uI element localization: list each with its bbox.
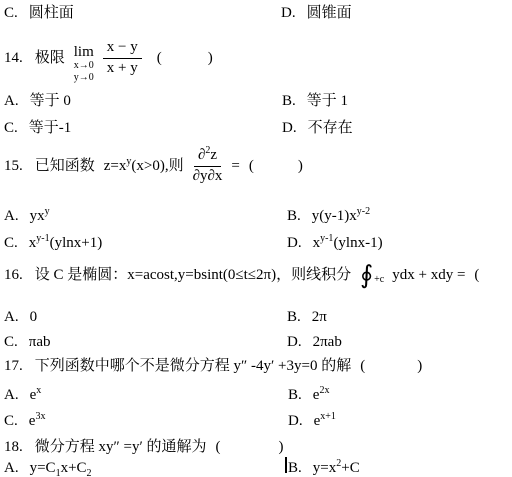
option-14-a: A. 等于 0 <box>4 92 71 110</box>
contour-integral-symbol: ∮ +c <box>360 264 383 285</box>
option-14-d-text: 不存在 <box>308 119 353 137</box>
answer-blank: ( ) <box>216 438 284 456</box>
option-17-c-label: C. <box>4 412 18 430</box>
answer-blank: ( ) <box>157 49 213 67</box>
option-14-a-text: 等于 0 <box>30 92 71 110</box>
option-15-a: A. yxy <box>4 207 50 225</box>
options-row-16-ab: A. 0 B. 2π <box>0 308 512 326</box>
question-17-number: 17. <box>4 357 23 375</box>
options-row-15-ab: A. yxy B. y(y-1)xy-2 <box>0 207 512 225</box>
option-18-a-label: A. <box>4 459 19 477</box>
option-14-c-text: 等于-1 <box>29 119 72 137</box>
option-17-c: C. e3x <box>4 412 45 430</box>
options-row-18-ab: A. y=C1x+C2 B. y=x2+C <box>0 459 512 477</box>
answer-blank: ( ) <box>474 266 512 284</box>
answer-blank: ( ) <box>249 157 303 175</box>
option-13-c-label: C. <box>4 4 18 22</box>
question-15-number: 15. <box>4 157 23 175</box>
question-14-number: 14. <box>4 49 23 67</box>
option-17-c-text: e3x <box>29 412 46 430</box>
option-16-d-text: 2πab <box>313 333 342 351</box>
question-18-lead: 微分方程 xy″ =y′ 的通解为 <box>35 438 207 456</box>
option-14-d-label: D. <box>282 119 297 137</box>
option-17-a-text: ex <box>30 386 42 404</box>
option-17-b-text: e2x <box>313 386 330 404</box>
option-16-c-text: πab <box>29 333 51 351</box>
option-14-b-label: B. <box>282 92 296 110</box>
fraction-numerator: ∂2z <box>194 147 221 166</box>
option-18-b-text: y=x2+C <box>313 459 360 477</box>
option-15-c: C. xy-1(ylnx+1) <box>4 234 102 252</box>
option-15-b: B. y(y-1)xy-2 <box>287 207 370 225</box>
paren-open: ( <box>249 157 254 175</box>
paren-open: ( <box>360 357 365 375</box>
paren-open: ( <box>157 49 162 67</box>
option-17-a-label: A. <box>4 386 19 404</box>
paren-close: ) <box>298 157 303 175</box>
option-16-a-text: 0 <box>30 308 38 326</box>
question-16: 16. 设 C 是椭圆：x=acost,y=bsint(0≤t≤2π)，则线积分… <box>0 259 512 291</box>
option-17-b-label: B. <box>288 386 302 404</box>
question-18: 18. 微分方程 xy″ =y′ 的通解为 ( ) <box>0 437 512 457</box>
exam-document-page[interactable]: C. 圆柱面 D. 圆锥面 14. 极限 lim x→0 y→0 x − y x… <box>0 0 512 477</box>
option-17-d: D. ex+1 <box>288 412 336 430</box>
option-14-b-text: 等于 1 <box>307 92 348 110</box>
question-16-lead: 设 C 是椭圆：x=acost,y=bsint(0≤t≤2π)，则线积分 <box>35 266 351 284</box>
option-14-b: B. 等于 1 <box>282 92 348 110</box>
paren-open: ( <box>216 438 221 456</box>
fraction-x-minus-y-over-x-plus-y: x − y x + y <box>103 39 142 77</box>
fraction-numerator: x − y <box>103 39 142 58</box>
option-13-d-label: D. <box>281 4 296 22</box>
option-15-b-text: y(y-1)xy-2 <box>312 207 370 225</box>
option-16-d: D. 2πab <box>287 333 342 351</box>
option-17-d-text: ex+1 <box>314 412 336 430</box>
option-14-c-label: C. <box>4 119 18 137</box>
paren-close: ) <box>208 49 213 67</box>
fraction-denominator: x + y <box>107 59 138 77</box>
option-13-d: D. 圆锥面 <box>281 4 352 22</box>
option-15-d-text: xy-1(ylnx-1) <box>313 234 383 252</box>
option-14-c: C. 等于-1 <box>4 119 71 137</box>
option-17-b: B. e2x <box>288 386 329 404</box>
option-16-c: C. πab <box>4 333 51 351</box>
options-row-14-ab: A. 等于 0 B. 等于 1 <box>0 92 512 110</box>
paren-close: ) <box>417 357 422 375</box>
options-row-16-cd: C. πab D. 2πab <box>0 333 512 351</box>
answer-blank: ( ) <box>360 357 422 375</box>
options-row-15-cd: C. xy-1(ylnx+1) D. xy-1(ylnx-1) <box>0 234 512 252</box>
option-17-a: A. ex <box>4 386 41 404</box>
question-17-lead: 下列函数中哪个不是微分方程 y″ -4y′ +3y=0 的解 <box>35 357 351 375</box>
option-13-c-text: 圆柱面 <box>29 4 74 22</box>
limit-notation: lim x→0 y→0 <box>74 44 94 85</box>
option-16-a: A. 0 <box>4 308 37 326</box>
option-15-c-label: C. <box>4 234 18 252</box>
fraction-partial-derivative: ∂2z ∂y∂x <box>193 147 223 185</box>
question-15-expression: z=xy(x>0),则 <box>104 157 184 175</box>
question-18-number: 18. <box>4 438 23 456</box>
option-17-d-label: D. <box>288 412 303 430</box>
fraction-denominator: ∂y∂x <box>193 167 223 185</box>
paren-open: ( <box>474 266 479 284</box>
option-16-c-label: C. <box>4 333 18 351</box>
question-16-integrand: ydx + xdy = <box>392 266 465 284</box>
question-15-lead: 已知函数 <box>35 157 95 175</box>
oint-subscript: +c <box>374 271 384 289</box>
option-15-d: D. xy-1(ylnx-1) <box>287 234 383 252</box>
option-15-a-text: yxy <box>30 207 50 225</box>
option-16-b: B. 2π <box>287 308 327 326</box>
option-14-a-label: A. <box>4 92 19 110</box>
options-row-13: C. 圆柱面 D. 圆锥面 <box>0 4 512 22</box>
options-row-17-ab: A. ex B. e2x <box>0 386 512 404</box>
option-13-d-text: 圆锥面 <box>307 4 352 22</box>
option-16-b-label: B. <box>287 308 301 326</box>
lim-sub-y: y→0 <box>74 72 94 84</box>
options-row-14-cd: C. 等于-1 D. 不存在 <box>0 119 512 137</box>
option-15-c-text: xy-1(ylnx+1) <box>29 234 102 252</box>
option-18-b-label: B. <box>288 459 302 477</box>
question-14-lead: 极限 <box>35 49 65 67</box>
option-18-a: A. y=C1x+C2 <box>4 459 92 477</box>
option-16-b-text: 2π <box>312 308 327 326</box>
oint-glyph: ∮ <box>360 264 373 285</box>
lim-sub-x: x→0 <box>74 60 94 72</box>
option-15-a-label: A. <box>4 207 19 225</box>
option-14-d: D. 不存在 <box>282 119 353 137</box>
option-15-b-label: B. <box>287 207 301 225</box>
option-15-d-label: D. <box>287 234 302 252</box>
option-18-b: B. y=x2+C <box>288 459 360 477</box>
question-15: 15. 已知函数 z=xy(x>0),则 ∂2z ∂y∂x = ( ) <box>0 146 512 186</box>
options-row-17-cd: C. e3x D. ex+1 <box>0 412 512 430</box>
question-17: 17. 下列函数中哪个不是微分方程 y″ -4y′ +3y=0 的解 ( ) <box>0 356 512 376</box>
paren-close: ) <box>279 438 284 456</box>
option-13-c: C. 圆柱面 <box>4 4 74 22</box>
question-14: 14. 极限 lim x→0 y→0 x − y x + y ( ) <box>0 33 512 83</box>
option-16-d-label: D. <box>287 333 302 351</box>
text-cursor <box>285 457 287 473</box>
option-16-a-label: A. <box>4 308 19 326</box>
question-16-number: 16. <box>4 266 23 284</box>
option-18-a-text: y=C1x+C2 <box>30 459 92 477</box>
equals-sign: = <box>231 157 239 175</box>
lim-word: lim <box>74 44 94 61</box>
